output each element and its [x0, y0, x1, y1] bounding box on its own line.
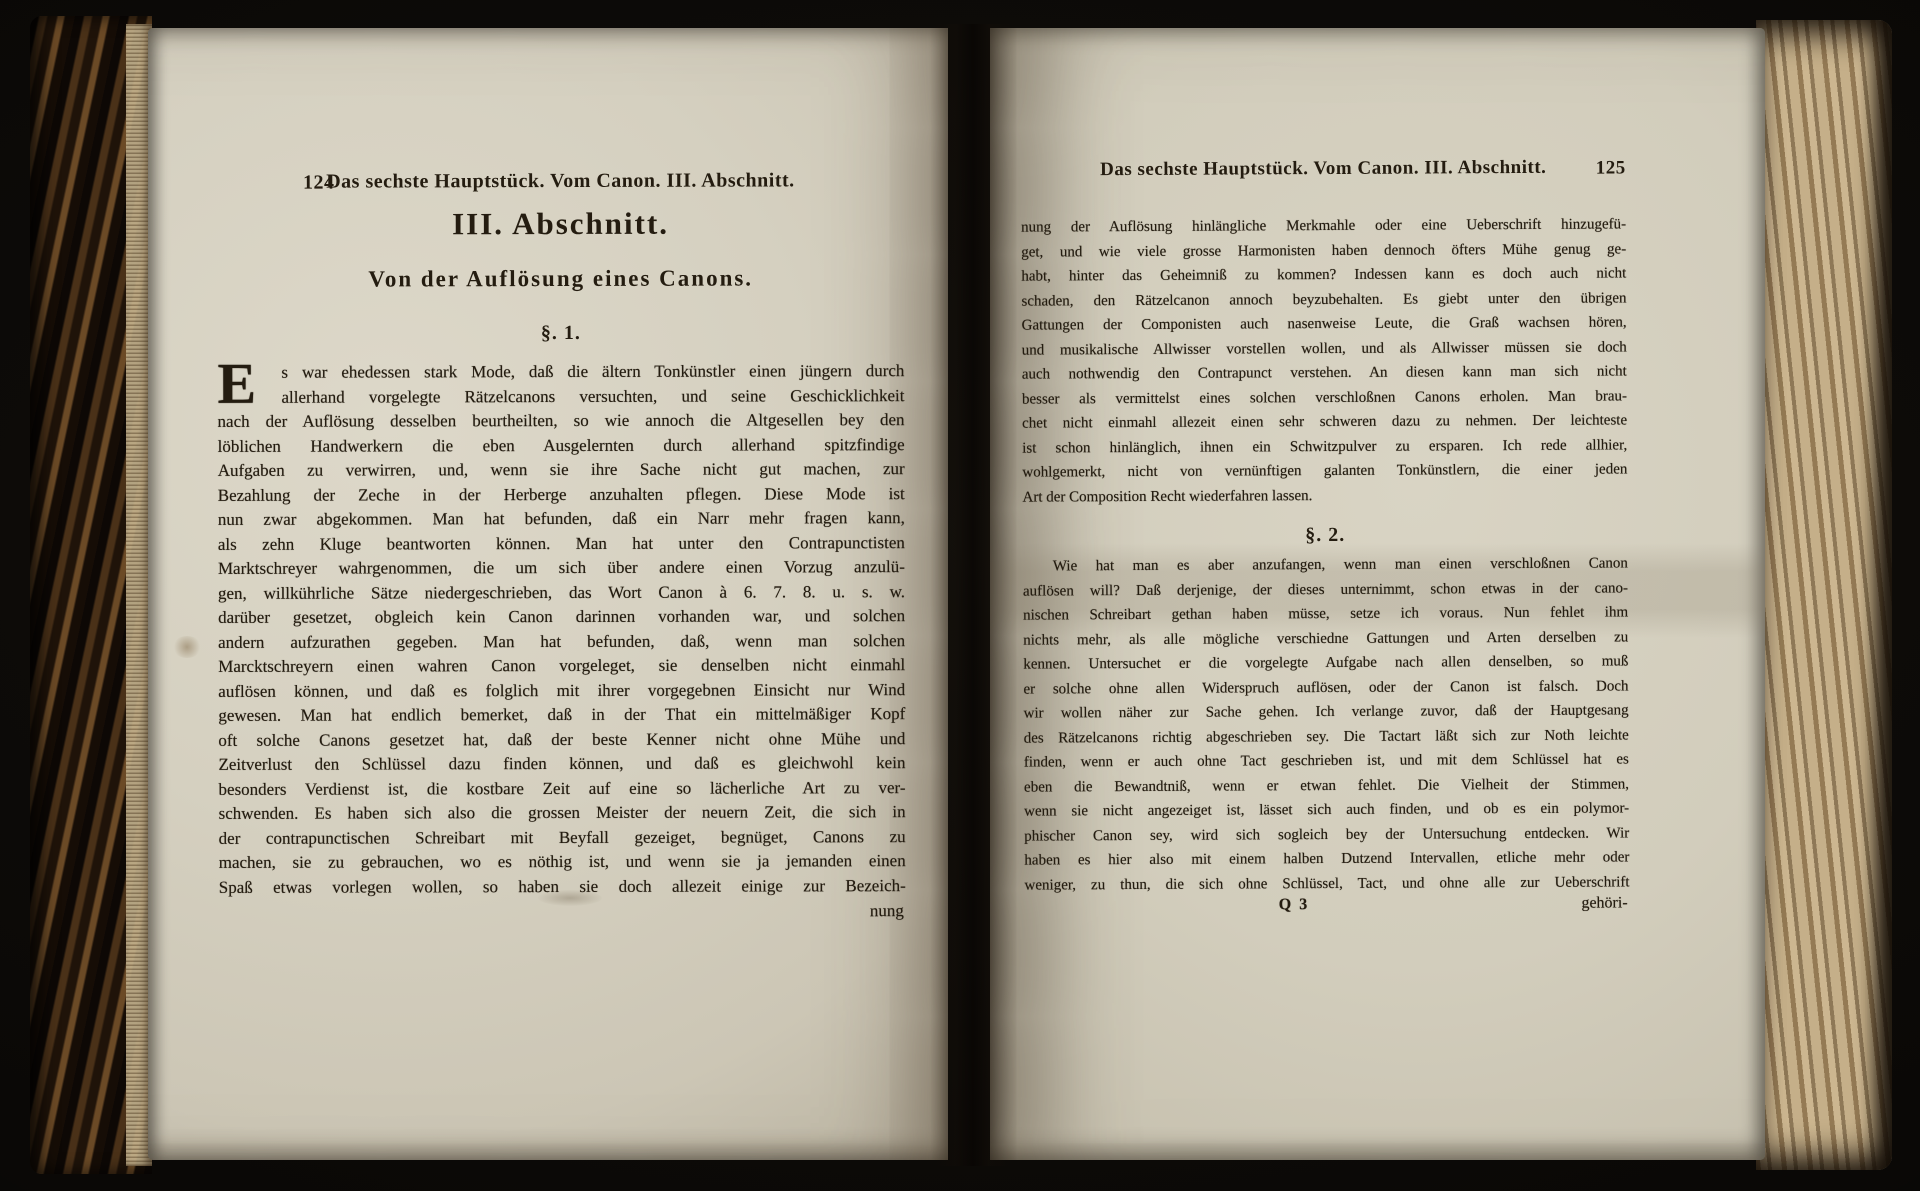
text-line: Aufgaben zu verwirren, und, wenn sie ihr…: [218, 457, 905, 483]
signature-line: Q 3 gehöri-: [1025, 894, 1630, 922]
right-text-column: Das sechste Hauptstück. Vom Canon. III. …: [1020, 26, 1631, 1161]
text-line: Wie hat man es aber anzufangen, wenn man…: [1023, 551, 1628, 579]
text-line: gen, willkührliche Sätze niedergeschrieb…: [218, 580, 905, 606]
right-page: Das sechste Hauptstück. Vom Canon. III. …: [990, 28, 1765, 1160]
left-page-number: 124: [303, 172, 335, 195]
text-line: er solche ohne allen Widerspruch auflöse…: [1023, 674, 1628, 702]
text-line: weniger, zu thun, die sich ohne Schlüsse…: [1024, 870, 1629, 898]
paragraph-mark-2: §. 2.: [1023, 522, 1628, 548]
text-line: machen, sie zu gebrauchen, wo es nöthig …: [219, 849, 906, 875]
text-line: s war ehedessen stark Mode, daß die älte…: [217, 359, 904, 385]
text-line: nun zwar abgekommen. Man hat befunden, d…: [218, 506, 905, 532]
left-body-text: s war ehedessen stark Mode, daß die älte…: [217, 359, 905, 900]
text-line: wir wollen näher zur Sache gehen. Ich ve…: [1024, 698, 1629, 726]
text-line: schwenden. Es haben sich also die grosse…: [219, 800, 906, 826]
text-line: oft solche Canons gesetzet hat, daß der …: [218, 727, 905, 753]
section-subheading: Von der Auflösung eines Canons.: [217, 265, 904, 293]
text-line: Art der Composition Recht wiederfahren l…: [1022, 482, 1627, 510]
book-spine-edge: [30, 16, 152, 1174]
text-line: chet nicht einmahl allezeit einen sehr s…: [1022, 408, 1627, 436]
right-page-number: 125: [1596, 157, 1626, 179]
text-line: des Rätzelcanons richtig abgeschrieben s…: [1024, 723, 1629, 751]
text-line: darüber gesetzet, obgleich kein Canon da…: [218, 604, 905, 630]
right-running-header: Das sechste Hauptstück. Vom Canon. III. …: [1021, 156, 1626, 181]
text-line: Zeitverlust den Schlüssel dazu finden kö…: [218, 751, 905, 777]
text-line: get, und wie viele grosse Harmonisten ha…: [1021, 237, 1626, 265]
text-line: finden, wenn er auch ohne Tact geschrieb…: [1024, 747, 1629, 775]
text-line: besser als vermittelst eines solchen ver…: [1022, 384, 1627, 412]
left-running-header: 124 Das sechste Hauptstück. Vom Canon. I…: [217, 169, 904, 194]
text-line: nischen Schreibart gethan haben müsse, s…: [1023, 600, 1628, 628]
text-line: der contrapunctischen Schreibart mit Bey…: [219, 825, 906, 851]
text-line: Marcktschreyern einen wahren Canon vorge…: [218, 653, 905, 679]
right-body-paragraph-2: Wie hat man es aber anzufangen, wenn man…: [1023, 551, 1630, 897]
text-line: habt, hinter das Geheimniß zu kommen? In…: [1021, 261, 1626, 289]
text-line: haben es hier also mit einem halben Dutz…: [1024, 845, 1629, 873]
text-line: gewesen. Man hat endlich bemerket, daß i…: [218, 702, 905, 728]
text-line: eben die Bewandtniß, wenn er etwan fehle…: [1024, 772, 1629, 800]
text-line: ist schon hinlänglich, ihnen ein Schwitz…: [1022, 433, 1627, 461]
text-line: nach der Auflösung desselben beurtheilte…: [218, 408, 905, 434]
right-catchword: gehöri-: [1581, 894, 1627, 912]
text-line: Marktschreyer wahrgenommen, die um sich …: [218, 555, 905, 581]
left-text-column: 124 Das sechste Hauptstück. Vom Canon. I…: [217, 27, 907, 1161]
paragraph-mark-1: §. 1.: [217, 321, 904, 346]
text-line: nichts mehr, als alle mögliche verschied…: [1023, 625, 1628, 653]
text-line: auch nothwendig den Contrapunct verstehe…: [1022, 359, 1627, 387]
left-page: 124 Das sechste Hauptstück. Vom Canon. I…: [148, 28, 948, 1160]
text-line: besonders Verdienst ist, die kostbare Ze…: [218, 776, 905, 802]
text-line: wohlgemerkt, nicht von vernünftigen gala…: [1022, 457, 1627, 485]
book-fore-edge: [1756, 20, 1892, 1170]
text-line: andern aufzurathen gegeben. Man hat befu…: [218, 629, 905, 655]
text-line: auflösen will? Daß derjenige, der dieses…: [1023, 576, 1628, 604]
paper-stain: [172, 636, 202, 658]
text-line: als zehn Kluge beantworten können. Man h…: [218, 531, 905, 557]
text-line: Gattungen der Componisten auch nasenweis…: [1022, 310, 1627, 338]
text-line: Spaß etwas vorlegen wollen, so haben sie…: [219, 874, 906, 900]
text-line: auflösen können, und daß es folglich mit…: [218, 678, 905, 704]
left-catchword: nung: [870, 901, 904, 921]
gathering-signature: Q 3: [1279, 896, 1310, 914]
book-photograph: 124 Das sechste Hauptstück. Vom Canon. I…: [0, 0, 1920, 1191]
section-heading: III. Abschnitt.: [217, 205, 904, 243]
text-line: nung der Auflösung hinlängliche Merkmahl…: [1021, 212, 1626, 240]
text-line: allerhand vorgelegte Rätzelcanons versuc…: [217, 384, 904, 410]
text-line: wenn sie nicht angezeiget ist, lässet si…: [1024, 796, 1629, 824]
text-line: phischer Canon sey, wird sich sogleich b…: [1024, 821, 1629, 849]
left-running-header-text: Das sechste Hauptstück. Vom Canon. III. …: [326, 169, 794, 192]
text-line: löblichen Handwerkern die eben Ausgelern…: [218, 433, 905, 459]
text-line: schaden, den Rätzelcanon annoch beyzubeh…: [1021, 286, 1626, 314]
right-body-paragraph-1: nung der Auflösung hinlängliche Merkmahl…: [1021, 212, 1628, 509]
text-line: und musikalische Allwisser vorstellen wo…: [1022, 335, 1627, 363]
text-line: Bezahlung der Zeche in der Herberge anzu…: [218, 482, 905, 508]
text-line: kennen. Untersuchet er die vorgelegte Au…: [1023, 649, 1628, 677]
right-running-header-text: Das sechste Hauptstück. Vom Canon. III. …: [1100, 157, 1546, 180]
